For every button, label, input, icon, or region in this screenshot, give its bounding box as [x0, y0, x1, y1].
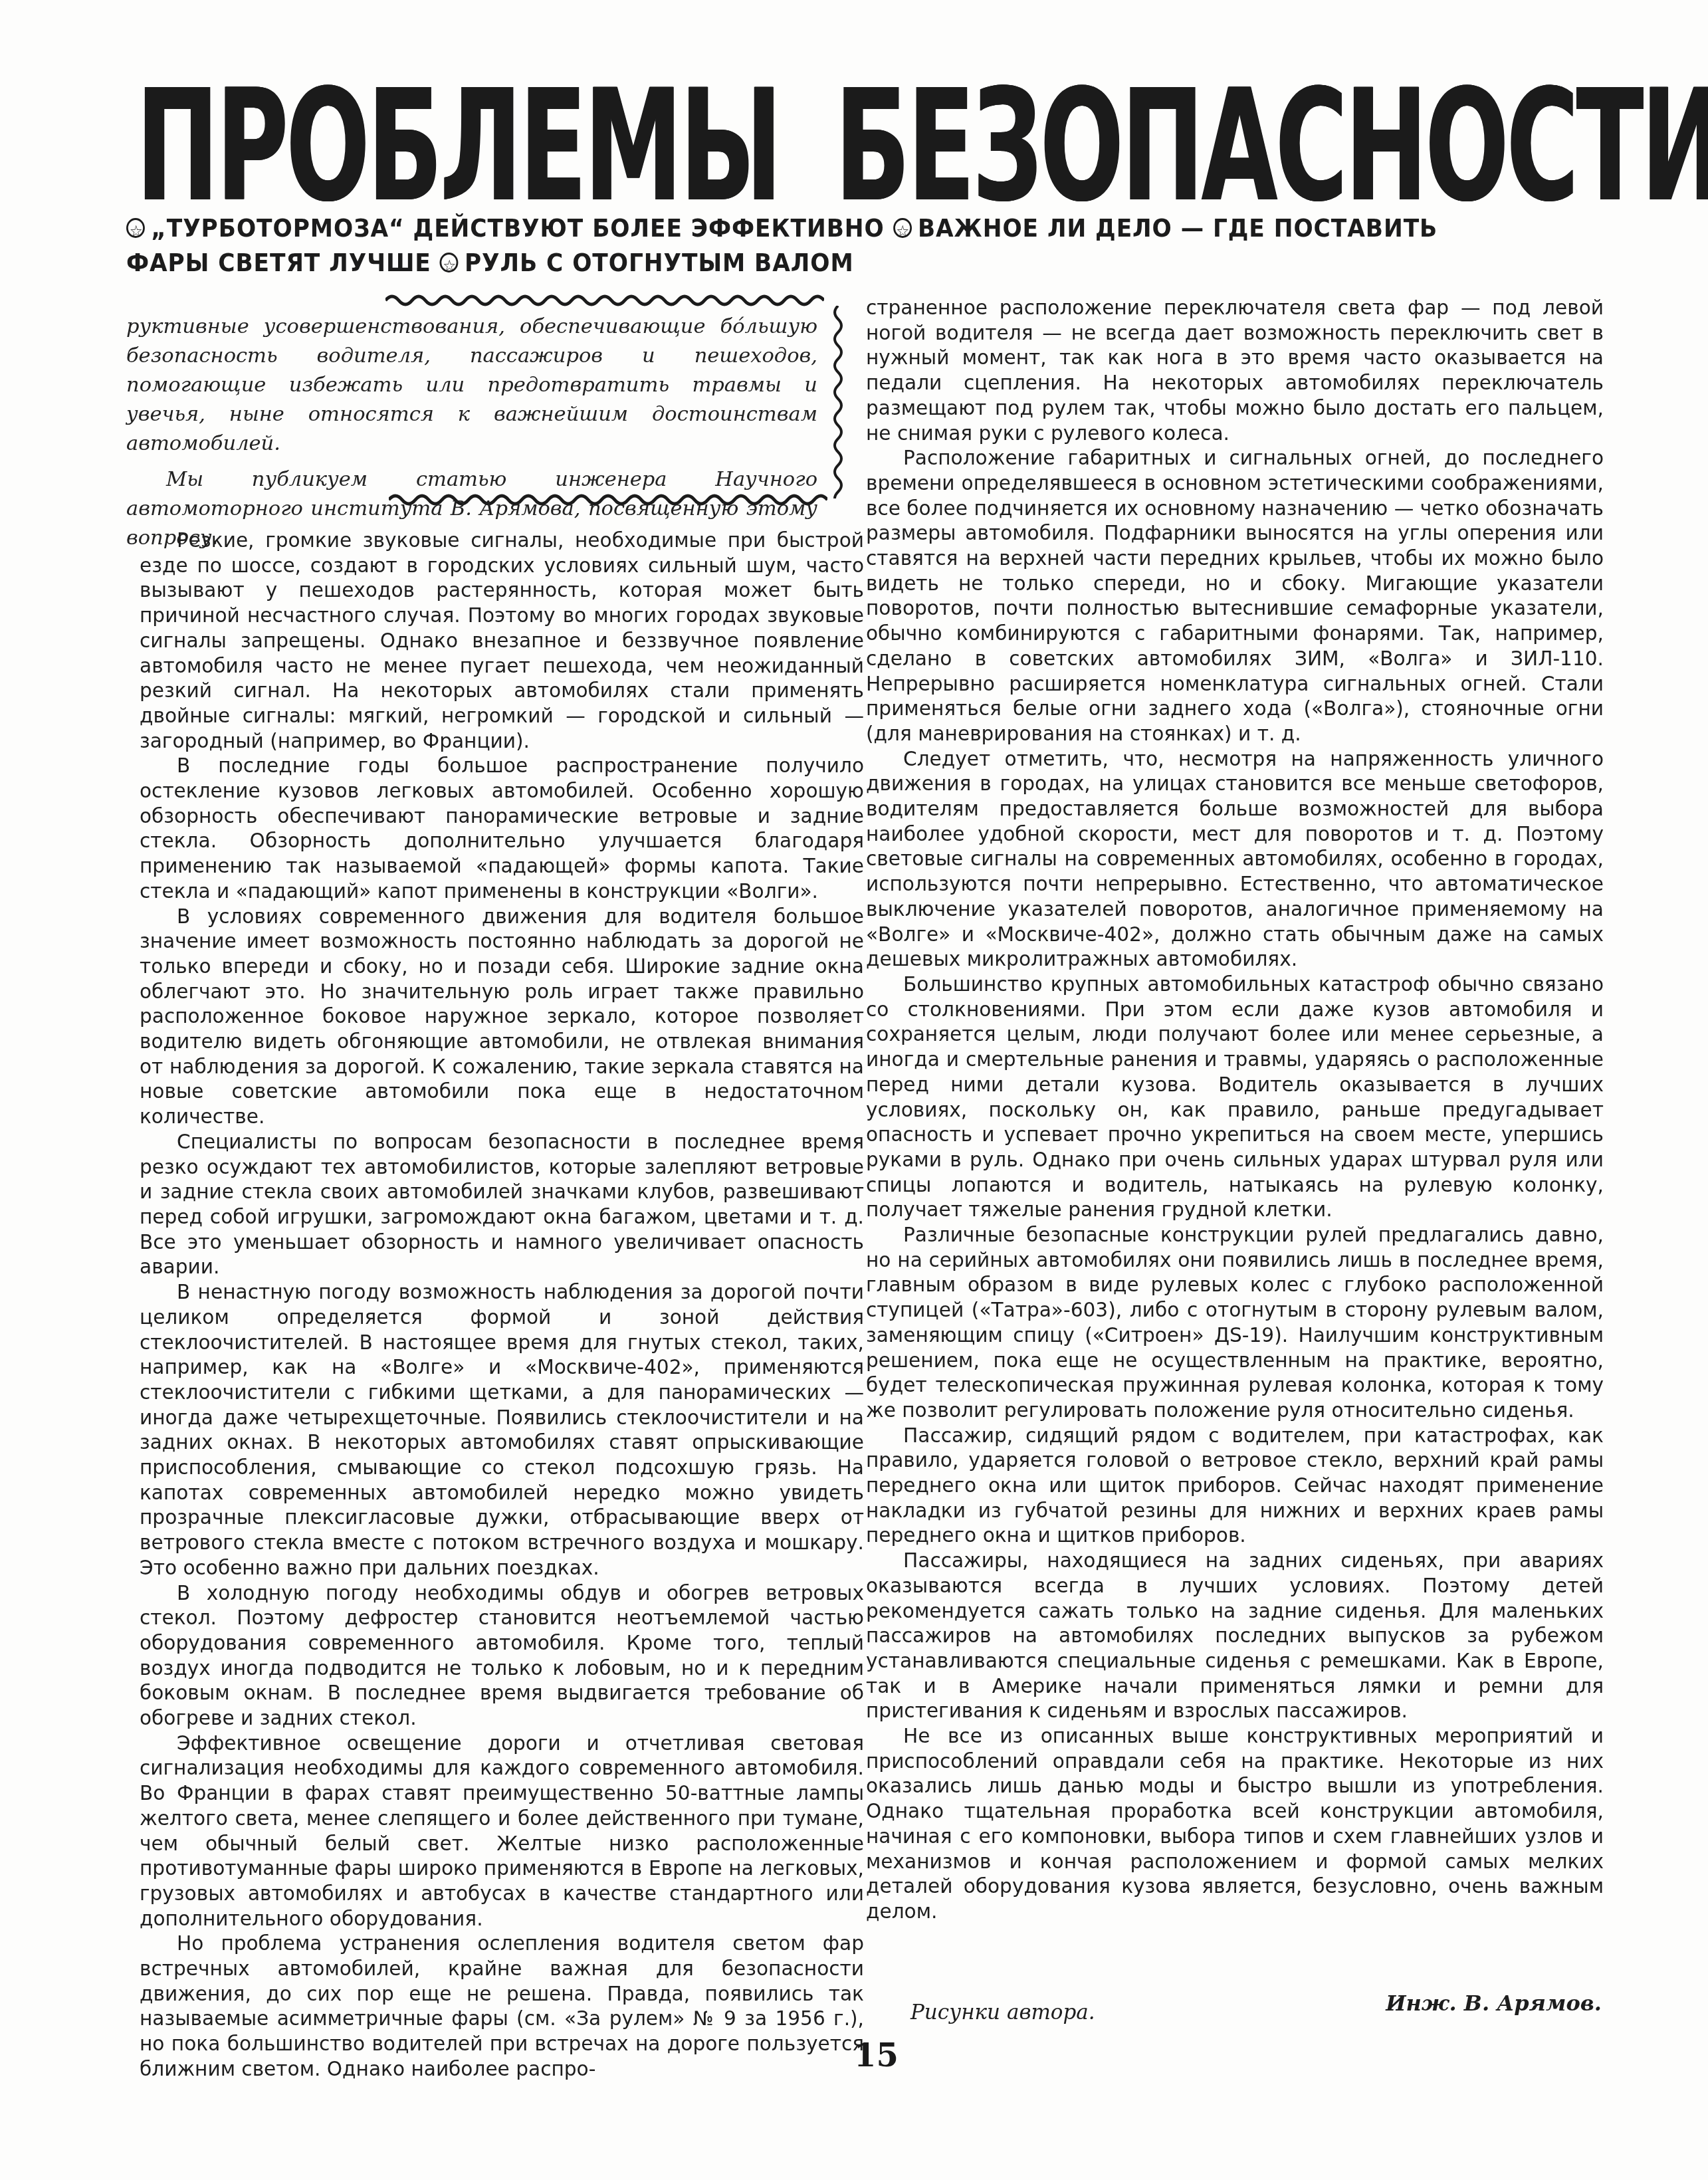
- body-paragraph: Расположение габаритных и сигнальных огн…: [866, 446, 1604, 746]
- body-paragraph-continued: страненное расположение переключателя св…: [866, 296, 1604, 446]
- lead-paragraph-1: руктивные усовершенствования, обеспечива…: [126, 312, 817, 459]
- headline-word-2: БЕЗОПАСНОСТИ: [835, 83, 1708, 209]
- body-paragraph: В холодную погоду необходимы обдув и обо…: [140, 1581, 864, 1731]
- body-paragraph: В ненастную погоду возможность наблюдени…: [140, 1280, 864, 1580]
- article-headline: ПРОБЛЕМЫБЕЗОПАСНОСТИ: [136, 83, 1072, 209]
- headline-word-1: ПРОБЛЕМЫ: [136, 83, 780, 209]
- body-paragraph: Пассажир, сидящий рядом с водителем, при…: [866, 1424, 1604, 1549]
- subtitle-item-2a: ВАЖНОЕ ЛИ ДЕЛО — ГДЕ ПОСТАВИТЬ: [918, 214, 1438, 243]
- article-subtitle: „ТУРБОТОРМОЗА“ ДЕЙСТВУЮТ БОЛЕЕ ЭФФЕКТИВН…: [126, 211, 1608, 280]
- star-in-circle-icon: [440, 253, 459, 272]
- body-paragraph: Но проблема устранения ослепления водите…: [140, 1931, 864, 2082]
- magazine-page: ПРОБЛЕМЫБЕЗОПАСНОСТИ „ТУРБОТОРМОЗА“ ДЕЙС…: [0, 0, 1708, 2180]
- body-paragraph: Пассажиры, находящиеся на задних сиденья…: [866, 1549, 1604, 1724]
- body-paragraph: В последние годы большое распространение…: [140, 754, 864, 904]
- body-paragraph: Различные безопасные конструкции рулей п…: [866, 1223, 1604, 1424]
- wavy-border-top: [385, 292, 824, 308]
- star-in-circle-icon: [893, 218, 912, 238]
- illustration-credit: Рисунки автора.: [910, 2001, 1095, 2024]
- body-paragraph: Эффективное освещение дороги и отчетлива…: [140, 1731, 864, 1932]
- body-paragraph: Следует отметить, что, несмотря на напря…: [866, 747, 1604, 972]
- right-column: страненное расположение переключателя св…: [866, 296, 1604, 1925]
- lead-text: руктивные усовершенствования, обеспечива…: [126, 312, 817, 553]
- left-column: Резкие, громкие звуковые сигналы, необхо…: [140, 528, 864, 2082]
- lead-box: руктивные усовершенствования, обеспечива…: [126, 292, 844, 505]
- body-paragraph: Большинство крупных автомобильных катаст…: [866, 972, 1604, 1223]
- star-in-circle-icon: [126, 218, 145, 238]
- body-paragraph: Резкие, громкие звуковые сигналы, необхо…: [140, 528, 864, 754]
- subtitle-item-1: „ТУРБОТОРМОЗА“ ДЕЙСТВУЮТ БОЛЕЕ ЭФФЕКТИВН…: [151, 214, 885, 243]
- subtitle-line-1: „ТУРБОТОРМОЗА“ ДЕЙСТВУЮТ БОЛЕЕ ЭФФЕКТИВН…: [126, 211, 1505, 246]
- body-paragraph: Специалисты по вопросам безопасности в п…: [140, 1130, 864, 1280]
- subtitle-line-2: ФАРЫ СВЕТЯТ ЛУЧШЕ РУЛЬ С ОТОГНУТЫМ ВАЛОМ: [126, 246, 1505, 280]
- subtitle-item-2b: ФАРЫ СВЕТЯТ ЛУЧШЕ: [126, 249, 431, 277]
- author-signature: Инж. В. Арямов.: [1349, 1991, 1602, 2016]
- wavy-border-right: [831, 306, 845, 498]
- body-paragraph: В условиях современного движения для вод…: [140, 905, 864, 1130]
- body-paragraph: Не все из описанных выше конструктивных …: [866, 1724, 1604, 1925]
- subtitle-item-3: РУЛЬ С ОТОГНУТЫМ ВАЛОМ: [465, 249, 854, 277]
- page-number: 15: [854, 2037, 899, 2074]
